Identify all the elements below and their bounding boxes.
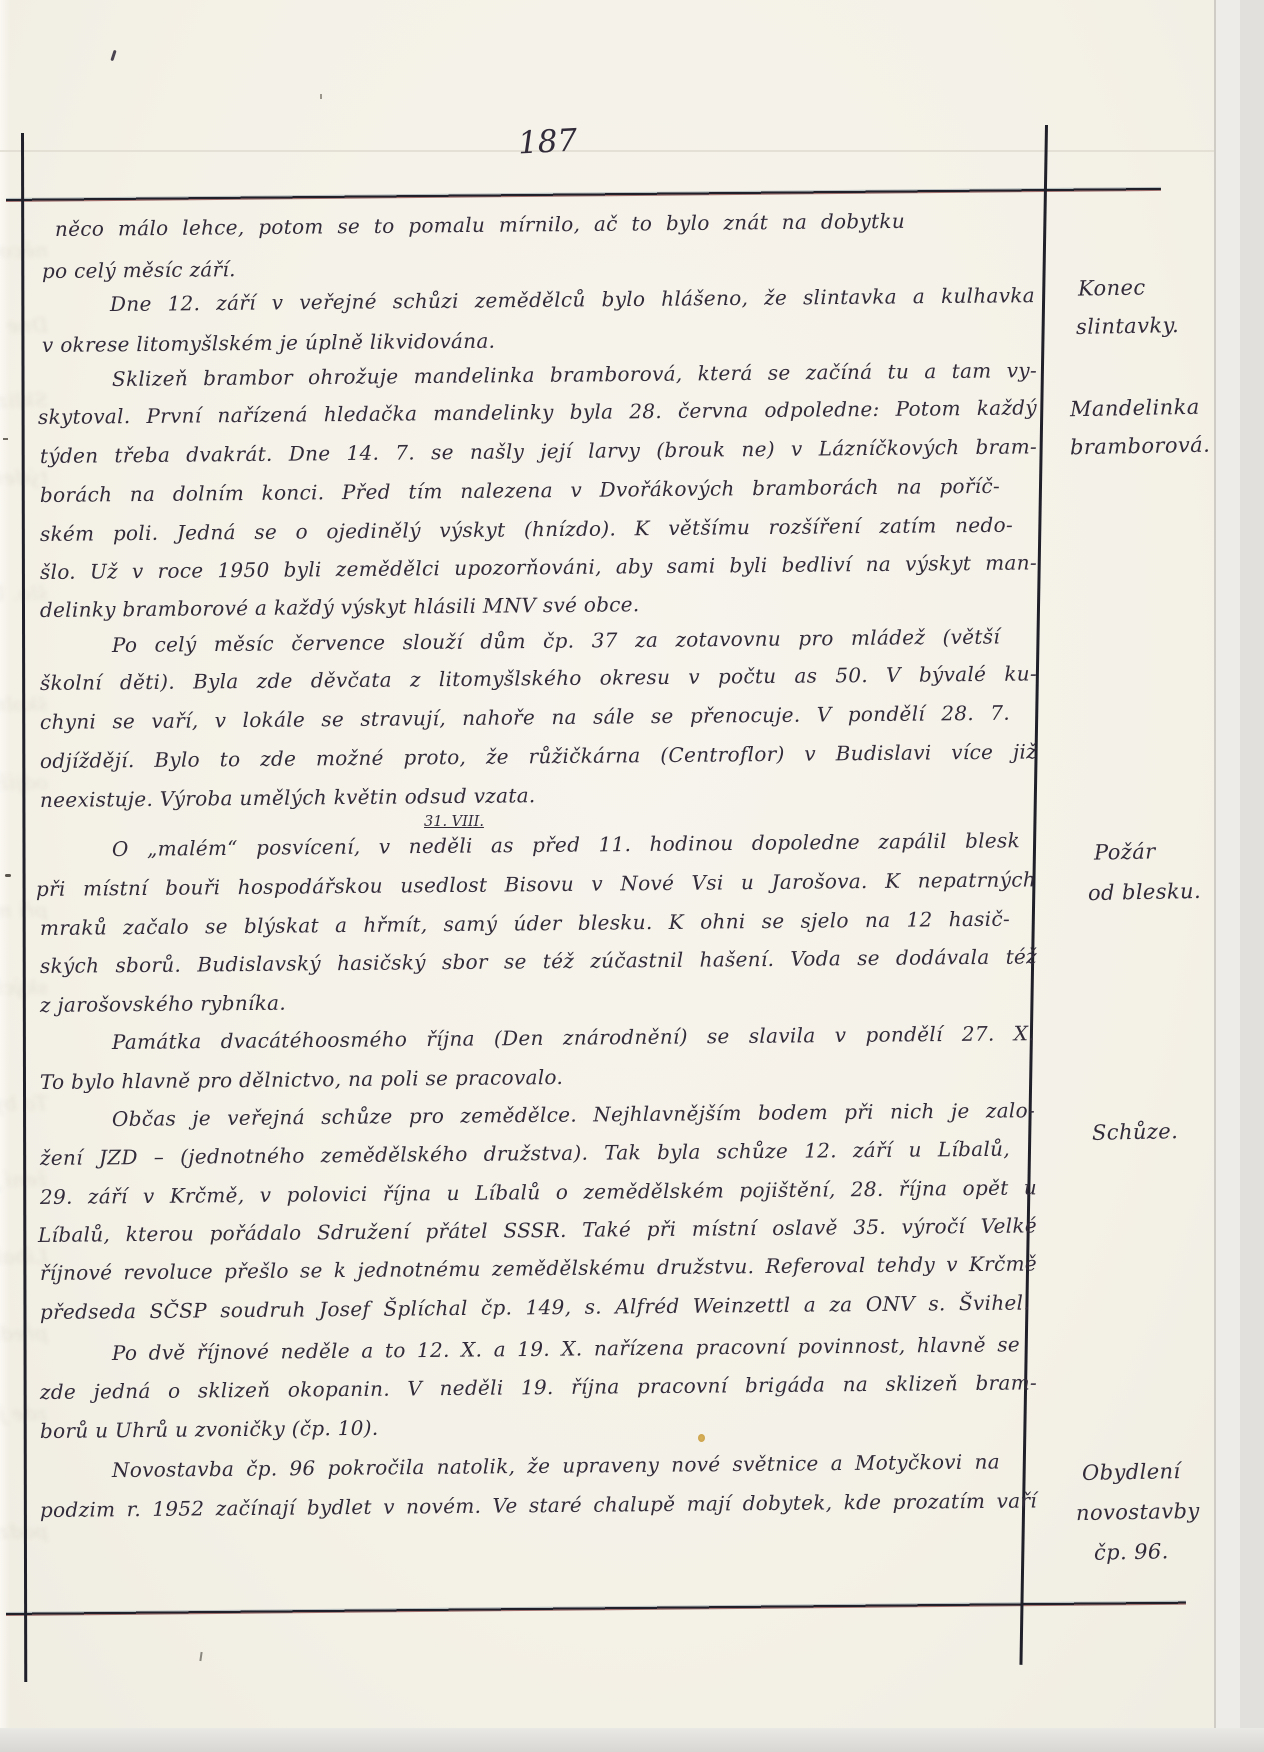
- margin-note: Konec: [1078, 275, 1146, 300]
- paper-crease: [0, 150, 1264, 152]
- handwritten-line: při místní bouři hospodářskou usedlost B…: [36, 868, 1036, 901]
- handwritten-line: delinky bramborové a každý výskyt hlásil…: [40, 593, 640, 622]
- handwritten-line: Dne 12. září v veřejné schůzi zemědělců …: [110, 284, 1035, 316]
- handwritten-line: Památka dvacátéhoosmého října (Den znáro…: [112, 1022, 1035, 1054]
- handwritten-line: Líbalů, kterou pořádalo Sdružení přátel …: [38, 1214, 1037, 1247]
- handwritten-line: mraků začalo se blýskat a hřmít, samý úd…: [40, 908, 1010, 940]
- margin-note: od blesku.: [1088, 879, 1202, 905]
- handwritten-line: To bylo hlavně pro dělnictvo, na poli se…: [40, 1066, 563, 1094]
- handwritten-line: šlo. Už v roce 1950 byli zemědělci upozo…: [40, 551, 1037, 584]
- handwritten-line: něco málo lehce, potom se to pomalu mírn…: [55, 210, 905, 241]
- right-margin-rule: [1019, 125, 1047, 1665]
- margin-note: Schůze.: [1092, 1119, 1179, 1145]
- ink-speck: [199, 1652, 202, 1661]
- handwritten-line: školní děti). Byla zde děvčata z litomyš…: [40, 662, 1037, 695]
- handwritten-line: O „malém“ posvícení, v neděli as před 11…: [112, 829, 1020, 861]
- ink-speck: [5, 874, 11, 877]
- handwritten-line: předseda SČSP soudruh Josef Šplíchal čp.…: [40, 1291, 1030, 1324]
- handwritten-line: Po celý měsíc července slouží dům čp. 37…: [112, 625, 1000, 657]
- margin-note: Mandelinka: [1070, 395, 1200, 421]
- handwritten-line: borů u Uhrů u zvoničky (čp. 10).: [40, 1417, 379, 1443]
- handwritten-line: Občas je veřejná schůze pro zemědělce. N…: [112, 1099, 1035, 1131]
- margin-note: bramborová.: [1070, 433, 1211, 460]
- margin-note: Obydlení: [1082, 1459, 1181, 1485]
- margin-note: Požár: [1094, 839, 1156, 864]
- handwritten-line: odjíždějí. Bylo to zde možné proto, že r…: [40, 740, 1037, 773]
- handwritten-line: říjnové revoluce přešlo se k jednotnému …: [40, 1252, 1037, 1285]
- chronicle-scan-page: 187 něco málo lehce, potom se to pomalu …: [0, 0, 1264, 1752]
- scan-right-edge: [1214, 0, 1264, 1752]
- handwritten-line: ském poli. Jedná se o ojedinělý výskyt (…: [40, 514, 1013, 546]
- paper-stain: [698, 1434, 705, 1442]
- ink-speck: [320, 94, 322, 99]
- margin-note: čp. 96.: [1094, 1539, 1169, 1564]
- handwritten-line: ských sborů. Budislavský hasičský sbor s…: [40, 945, 1037, 978]
- ink-speck: [3, 438, 8, 440]
- handwritten-line: z jarošovského rybníka.: [40, 992, 286, 1017]
- ink-speck: [110, 50, 116, 61]
- handwritten-line: Po dvě říjnové neděle a to 12. X. a 19. …: [112, 1333, 1020, 1365]
- top-ruled-line: [6, 187, 1161, 202]
- handwritten-line: týden třeba dvakrát. Dne 14. 7. se našly…: [40, 435, 1037, 468]
- handwritten-line: chyni se vaří, v lokále se stravují, nah…: [40, 702, 1010, 734]
- margin-note: slintavky.: [1076, 313, 1179, 339]
- margin-note: novostavby: [1076, 1499, 1200, 1525]
- handwritten-line: v okrese litomyšlském je úplně likvidová…: [42, 330, 495, 357]
- handwritten-line: 29. září v Krčmě, v polovici října u Líb…: [40, 1176, 1037, 1209]
- interlinear-date-note: 31. VIII.: [424, 814, 484, 830]
- handwritten-line: po celý měsíc září.: [42, 258, 236, 283]
- bottom-ruled-line: [6, 1601, 1186, 1616]
- handwritten-line: borách na dolním konci. Před tím nalezen…: [40, 475, 1000, 507]
- handwritten-line: zde jedná o sklizeň okopanin. V neděli 1…: [40, 1371, 1037, 1404]
- handwritten-line: podzim r. 1952 začínají bydlet v novém. …: [40, 1489, 1037, 1522]
- handwritten-line: Sklizeň brambor ohrožuje mandelinka bram…: [112, 359, 1037, 391]
- page-number: 187: [517, 122, 578, 161]
- handwritten-line: žení JZD – (jednotného zemědělského druž…: [40, 1138, 1010, 1170]
- scan-bottom-edge: [0, 1728, 1264, 1752]
- handwritten-line: skytoval. První nařízená hledačka mandel…: [38, 396, 1037, 429]
- handwritten-line: Novostavba čp. 96 pokročila natolik, že …: [112, 1450, 1000, 1482]
- handwritten-line: neexistuje. Výroba umělých květin odsud …: [40, 784, 536, 812]
